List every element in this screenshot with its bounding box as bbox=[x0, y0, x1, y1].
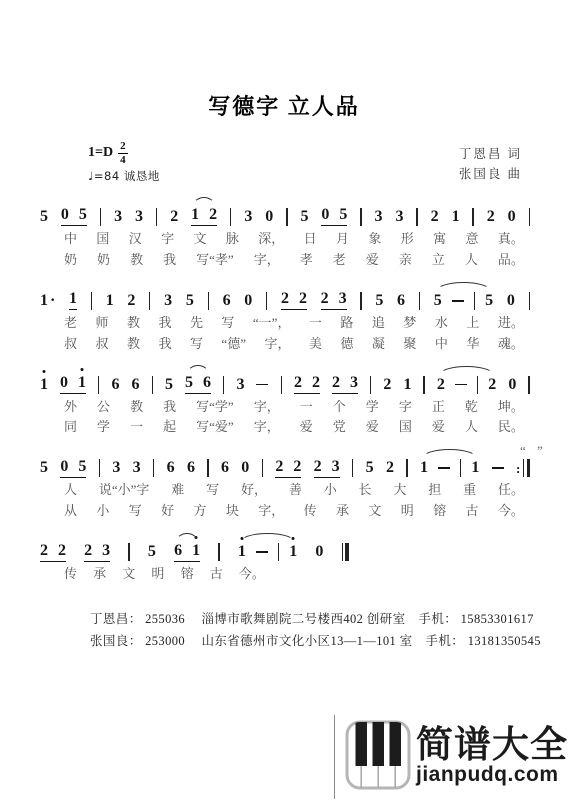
slur-group: 22 bbox=[437, 376, 496, 394]
key-signature: 1=D 2 4 bbox=[88, 141, 160, 166]
beam-group: 1 bbox=[69, 291, 77, 310]
lyric-syllable: 善 bbox=[289, 482, 302, 499]
dash-prolongation bbox=[452, 300, 464, 302]
lyric-syllable: 叔 bbox=[64, 336, 77, 353]
lyric-syllable: 中 bbox=[64, 231, 77, 248]
note: 6 bbox=[187, 460, 195, 476]
note: 0 bbox=[508, 209, 516, 225]
watermark-name: 简谱大全 bbox=[416, 727, 568, 762]
note: 3 bbox=[332, 459, 340, 475]
lyric-syllable: 字 bbox=[161, 231, 174, 248]
lyric-syllable: 教 bbox=[130, 252, 143, 269]
lyric-syllable: 古 bbox=[466, 503, 479, 520]
lyric-syllable: 明 bbox=[151, 566, 164, 583]
note: 5 bbox=[185, 375, 193, 391]
note: 1 bbox=[69, 291, 77, 307]
slur-arc bbox=[187, 365, 209, 374]
watermark-logo: 简谱大全 jianpudq.com bbox=[334, 714, 568, 800]
slur-group: 12 bbox=[191, 207, 217, 226]
lyric-syllable: 我 bbox=[163, 252, 176, 269]
note: 6 bbox=[167, 460, 175, 476]
lyric-syllable: 一 bbox=[309, 315, 322, 332]
note: 1 bbox=[289, 544, 297, 560]
lyrics-row: 老师教我先写“一”，一路追梦水上进。 bbox=[40, 315, 530, 332]
note: 3 bbox=[350, 375, 358, 391]
note: 2 bbox=[209, 207, 217, 223]
lyric-syllable: 传 bbox=[64, 566, 77, 583]
beam-group: 23 bbox=[314, 459, 340, 478]
lyric-syllable: 文 bbox=[122, 566, 135, 583]
lyrics-row: 奶奶教我写“孝”字，孝老爱亲立人品。 bbox=[40, 252, 530, 269]
lyric-syllable: 美 bbox=[309, 336, 322, 353]
slur-arc bbox=[439, 366, 494, 375]
thick-barline bbox=[527, 459, 530, 477]
note: 0 bbox=[60, 459, 68, 475]
lyric-syllable: 字， bbox=[258, 503, 284, 520]
notes-row: 11123560222356550 bbox=[40, 278, 530, 311]
barline bbox=[91, 292, 92, 310]
lyric-syllable: 古 bbox=[210, 566, 223, 583]
key-and-tempo-block: 1=D 2 4 ♩=84 诚恳地 bbox=[88, 141, 160, 184]
barline bbox=[529, 292, 530, 310]
lyric-syllable: 一 bbox=[130, 419, 143, 436]
lyric-syllable: 品。 bbox=[498, 252, 524, 269]
lyric-syllable: 人 bbox=[465, 419, 478, 436]
note: 3 bbox=[339, 291, 347, 307]
lyric-syllable: 好， bbox=[241, 482, 267, 499]
note: 2 bbox=[383, 377, 391, 393]
note: 1 bbox=[403, 377, 411, 393]
lyric-syllable: 人 bbox=[465, 252, 478, 269]
notes-row: 5053321230505332120 bbox=[40, 194, 530, 227]
piano-keys-icon bbox=[345, 720, 411, 795]
score-line: 50533666022235211:人说“小”字难写好，善小长大担重任。从小写好… bbox=[40, 445, 530, 520]
slur-group: 55 bbox=[434, 292, 493, 310]
contact-line-2: 张国良： 253000 山东省德州市文化小区13—1—101 室 手机： 131… bbox=[90, 631, 568, 653]
lyric-syllable: 先 bbox=[190, 315, 203, 332]
note: 3 bbox=[375, 209, 383, 225]
lyric-syllable: 字 bbox=[399, 399, 412, 416]
lyric-syllable: 爱 bbox=[432, 419, 445, 436]
lyric-syllable: 方 bbox=[194, 503, 207, 520]
note: 1 bbox=[78, 375, 86, 391]
lyric-syllable: 写 bbox=[129, 503, 142, 520]
note: 0 bbox=[244, 293, 252, 309]
note: 1 bbox=[191, 207, 199, 223]
note: 5 bbox=[375, 293, 383, 309]
lyric-syllable: 中 bbox=[435, 336, 448, 353]
lyric-syllable: 魂。 bbox=[498, 336, 524, 353]
note: 6 bbox=[223, 293, 231, 309]
note: 3 bbox=[114, 209, 122, 225]
note: 2 bbox=[312, 375, 320, 391]
time-signature-denominator: 4 bbox=[120, 154, 126, 166]
lyric-syllable: 爱 bbox=[366, 419, 379, 436]
barline bbox=[352, 459, 353, 477]
beam-group: 56 bbox=[185, 375, 211, 394]
lyric-syllable: 文 bbox=[368, 503, 381, 520]
lyric-syllable: 象 bbox=[368, 231, 381, 248]
lyric-syllable: 从 bbox=[64, 503, 77, 520]
note: 3 bbox=[164, 293, 172, 309]
lyric-syllable: 人 bbox=[64, 482, 77, 499]
lyric-syllable: 德 bbox=[340, 336, 353, 353]
lyric-syllable: 爱 bbox=[300, 419, 313, 436]
tempo-marking: ♩=84 诚恳地 bbox=[88, 169, 160, 184]
lyric-syllable: 我 bbox=[163, 399, 176, 416]
lyric-syllable: 文 bbox=[194, 231, 207, 248]
lyric-syllable: 月 bbox=[336, 231, 349, 248]
note: 2 bbox=[299, 291, 307, 307]
lyric-syllable: 今。 bbox=[239, 566, 265, 583]
note: 2 bbox=[293, 459, 301, 475]
lyric-syllable: 叔 bbox=[95, 336, 108, 353]
score-line: 2223561110传承文明镕古今。 bbox=[40, 529, 530, 583]
lyricist-credit: 丁恩昌 词 bbox=[459, 145, 522, 164]
barline bbox=[360, 292, 361, 310]
lyric-syllable: 承 bbox=[93, 566, 106, 583]
barline bbox=[128, 543, 129, 561]
key-label: 1=D bbox=[88, 144, 113, 162]
composer-credit: 张国良 曲 bbox=[459, 165, 522, 184]
barline bbox=[342, 543, 343, 561]
score-header: 1=D 2 4 ♩=84 诚恳地 丁恩昌 词 张国良 曲 bbox=[0, 141, 568, 184]
lyric-syllable: 师 bbox=[95, 315, 108, 332]
note: 5 bbox=[40, 209, 48, 225]
note: 6 bbox=[132, 377, 140, 393]
note: 5 bbox=[165, 377, 173, 393]
watermark-divider-line bbox=[334, 715, 335, 799]
note: 0 bbox=[60, 375, 68, 391]
lyric-syllable: 同 bbox=[64, 419, 77, 436]
note: 3 bbox=[133, 460, 141, 476]
barline bbox=[208, 292, 209, 310]
lyric-syllable: 爱 bbox=[366, 252, 379, 269]
time-signature-numerator: 2 bbox=[118, 141, 128, 154]
lyric-syllable: 传 bbox=[304, 503, 317, 520]
note: 2 bbox=[170, 209, 178, 225]
lyric-syllable: 字， bbox=[254, 399, 280, 416]
lyric-syllable: 外 bbox=[64, 399, 77, 416]
lyrics-row: 从小写好方块字，传承文明镕古今。 bbox=[40, 503, 530, 520]
lyric-syllable: 正 bbox=[432, 399, 445, 416]
barline bbox=[474, 292, 475, 310]
lyric-syllable: 任。 bbox=[498, 482, 524, 499]
lyric-syllable: 块 bbox=[226, 503, 239, 520]
note: 2 bbox=[314, 459, 322, 475]
note: 3 bbox=[244, 209, 252, 225]
lyric-syllable: 进。 bbox=[498, 315, 524, 332]
barline bbox=[100, 208, 101, 226]
final-barline bbox=[342, 543, 349, 561]
note: 1 bbox=[106, 293, 114, 309]
lyric-syllable: 写“学” bbox=[196, 399, 234, 416]
lyric-syllable: 凝 bbox=[372, 336, 385, 353]
lyric-syllable: 党 bbox=[333, 419, 346, 436]
note: 2 bbox=[40, 543, 48, 559]
lyric-syllable: 担 bbox=[428, 482, 441, 499]
barline bbox=[278, 543, 279, 561]
lyric-syllable: 写“孝” bbox=[196, 252, 234, 269]
slur-arc bbox=[193, 197, 215, 206]
lyric-syllable: 教 bbox=[130, 399, 143, 416]
beam-group: 22 bbox=[275, 459, 301, 478]
lyric-syllable: 追 bbox=[372, 315, 385, 332]
barline bbox=[529, 208, 530, 226]
barline bbox=[223, 376, 224, 394]
barline bbox=[460, 459, 461, 477]
lyrics-row: 中国汉字文脉深，日月象形寓意真。 bbox=[40, 231, 530, 248]
lyric-syllable: 写“爱” bbox=[196, 419, 234, 436]
credits-block: 丁恩昌 词 张国良 曲 bbox=[459, 145, 522, 184]
lyric-syllable: 坤。 bbox=[498, 399, 524, 416]
footer-contact: 丁恩昌： 255036 淄博市歌舞剧院二号楼西402 创研室 手机： 15853… bbox=[0, 609, 568, 653]
note: 3 bbox=[135, 209, 143, 225]
lyric-syllable: 公 bbox=[97, 399, 110, 416]
note: 5 bbox=[300, 209, 308, 225]
note: 5 bbox=[434, 293, 442, 309]
barline bbox=[152, 376, 153, 394]
lyric-syllable: “一”， bbox=[253, 315, 291, 332]
score-line: 11123560222356550老师教我先写“一”，一路追梦水上进。叔叔教我写… bbox=[40, 278, 530, 353]
note: 6 bbox=[397, 293, 405, 309]
lyric-syllable: 孝 bbox=[300, 252, 313, 269]
beam-group: 61 bbox=[174, 543, 200, 562]
note: 5 bbox=[79, 207, 87, 223]
note: 5 bbox=[339, 207, 347, 223]
note: 2 bbox=[437, 377, 445, 393]
lyric-syllable: 奶 bbox=[97, 252, 110, 269]
beam-group: 05 bbox=[321, 207, 347, 226]
lyric-syllable: 聚 bbox=[403, 336, 416, 353]
note: 2 bbox=[488, 377, 496, 393]
lyric-syllable: 学 bbox=[366, 399, 379, 416]
note: 2 bbox=[294, 375, 302, 391]
lyric-syllable: 长 bbox=[359, 482, 372, 499]
lyric-syllable: 小 bbox=[96, 503, 109, 520]
lyrics-row: 同学一起写“爱”字，爱党爱国爱人民。 bbox=[40, 419, 530, 436]
lyric-syllable: 立 bbox=[432, 252, 445, 269]
lyrics-row: 传承文明镕古今。 bbox=[40, 566, 271, 583]
note: 6 bbox=[174, 543, 182, 559]
note: 1 bbox=[471, 460, 479, 476]
note: 0 bbox=[61, 207, 69, 223]
note: 1 bbox=[452, 209, 460, 225]
beam-group: 01 bbox=[60, 375, 86, 394]
lyric-syllable: 上 bbox=[466, 315, 479, 332]
note: 1 bbox=[238, 544, 246, 560]
lyric-syllable: “德” bbox=[221, 336, 246, 353]
note: 5 bbox=[40, 460, 48, 476]
lyric-syllable: 意 bbox=[466, 231, 479, 248]
note: 5 bbox=[186, 293, 194, 309]
note: 2 bbox=[281, 291, 289, 307]
note: 3 bbox=[112, 460, 120, 476]
lyric-syllable: 深， bbox=[258, 231, 284, 248]
note: 2 bbox=[275, 459, 283, 475]
note: 5 bbox=[148, 544, 156, 560]
score-line: 5053321230505332120中国汉字文脉深，日月象形寓意真。奶奶教我写… bbox=[40, 194, 530, 269]
slur-group: 11 bbox=[420, 459, 479, 477]
lyric-syllable: 我 bbox=[158, 336, 171, 353]
note: 2 bbox=[332, 375, 340, 391]
lyrics-row: 人说“小”字难写好，善小长大担重任。 bbox=[40, 482, 530, 499]
note: 2 bbox=[431, 209, 439, 225]
note: 2 bbox=[487, 209, 495, 225]
lyric-syllable: 寓 bbox=[433, 231, 446, 248]
lyrics-row: 叔叔教我写“德”字，美德凝聚中华魂。 bbox=[40, 336, 530, 353]
note: 1 bbox=[192, 543, 200, 559]
barline bbox=[286, 208, 287, 226]
note: 6 bbox=[221, 460, 229, 476]
dash-prolongation bbox=[256, 551, 268, 553]
note: 0 bbox=[507, 293, 515, 309]
lyric-syllable: 形 bbox=[401, 231, 414, 248]
note: 5 bbox=[366, 460, 374, 476]
lyric-syllable: 路 bbox=[340, 315, 353, 332]
notes-row: 2223561110 bbox=[40, 529, 349, 562]
barline bbox=[406, 459, 407, 477]
watermark-text-block: 简谱大全 jianpudq.com bbox=[416, 727, 568, 786]
lyric-syllable: 写 bbox=[206, 482, 219, 499]
slur-arc bbox=[422, 449, 477, 458]
barline bbox=[360, 208, 361, 226]
contact-line-1: 丁恩昌： 255036 淄博市歌舞剧院二号楼西402 创研室 手机： 15853… bbox=[90, 609, 568, 631]
beam-group: 22 bbox=[294, 375, 320, 394]
lyric-syllable: 起 bbox=[163, 419, 176, 436]
lyric-syllable: 镕 bbox=[181, 566, 194, 583]
note: 2 bbox=[84, 543, 92, 559]
barline bbox=[419, 292, 420, 310]
beam-group: 12 bbox=[191, 207, 217, 226]
note: 5 bbox=[485, 293, 493, 309]
lyric-syllable: 重 bbox=[463, 482, 476, 499]
stray-quote-marks: “ ” bbox=[520, 443, 547, 459]
slur-arc bbox=[240, 533, 295, 542]
lyric-syllable: 字， bbox=[254, 252, 280, 269]
score-line: 101665563222321220外公教我写“学”字，一个学字正乾坤。同学一起… bbox=[40, 362, 530, 437]
note: 6 bbox=[111, 377, 119, 393]
note: 6 bbox=[203, 375, 211, 391]
barline bbox=[98, 376, 99, 394]
note: 0 bbox=[321, 207, 329, 223]
dash-prolongation bbox=[438, 467, 450, 469]
lyric-syllable: 字， bbox=[254, 419, 280, 436]
beam-group: 23 bbox=[332, 375, 358, 394]
barline bbox=[99, 459, 100, 477]
note: 2 bbox=[386, 460, 394, 476]
beam-group: 05 bbox=[60, 459, 86, 478]
beam-group: 05 bbox=[61, 207, 87, 226]
barline bbox=[370, 376, 371, 394]
beam-group: 22 bbox=[40, 543, 66, 562]
note: 2 bbox=[321, 291, 329, 307]
lyric-syllable: 今。 bbox=[498, 503, 524, 520]
lyric-syllable: 民。 bbox=[498, 419, 524, 436]
lyric-syllable: 日 bbox=[304, 231, 317, 248]
note: 3 bbox=[395, 209, 403, 225]
lyric-syllable: 老 bbox=[64, 315, 77, 332]
barline bbox=[423, 376, 424, 394]
lyric-syllable: 一 bbox=[300, 399, 313, 416]
note: 2 bbox=[127, 293, 135, 309]
note: 3 bbox=[236, 377, 244, 393]
lyric-syllable: 写 bbox=[221, 315, 234, 332]
repeat-end-barline: : bbox=[516, 459, 530, 477]
note: 0 bbox=[315, 544, 323, 560]
lyrics-row: 外公教我写“学”字，一个学字正乾坤。 bbox=[40, 399, 530, 416]
score: 5053321230505332120中国汉字文脉深，日月象形寓意真。奶奶教我写… bbox=[0, 194, 568, 583]
lyric-syllable: 真。 bbox=[498, 231, 524, 248]
time-signature: 2 4 bbox=[118, 141, 128, 166]
lyric-syllable: 好 bbox=[161, 503, 174, 520]
slur-group: 11 bbox=[238, 543, 297, 561]
beam-group: 23 bbox=[84, 543, 110, 562]
lyric-syllable: 汉 bbox=[129, 231, 142, 248]
barline bbox=[153, 459, 154, 477]
watermark-domain: jianpudq.com bbox=[416, 763, 568, 787]
note: 2 bbox=[58, 543, 66, 559]
note: 1 bbox=[40, 293, 55, 309]
lyric-syllable: 学 bbox=[97, 419, 110, 436]
lyric-syllable: 难 bbox=[171, 482, 184, 499]
note: 3 bbox=[102, 543, 110, 559]
lyric-syllable: 写 bbox=[190, 336, 203, 353]
lyric-syllable: 老 bbox=[333, 252, 346, 269]
notes-row: 50533666022235211: bbox=[40, 445, 530, 478]
lyric-syllable: 我 bbox=[158, 315, 171, 332]
lyric-syllable: 亲 bbox=[399, 252, 412, 269]
lyric-syllable: 说“小”字 bbox=[99, 482, 150, 499]
barline bbox=[156, 208, 157, 226]
lyric-syllable: 教 bbox=[127, 336, 140, 353]
lyric-syllable: 华 bbox=[466, 336, 479, 353]
barline bbox=[523, 459, 524, 477]
lyric-syllable: 梦 bbox=[403, 315, 416, 332]
lyric-syllable: 字， bbox=[264, 336, 290, 353]
barline bbox=[472, 208, 473, 226]
dash-prolongation bbox=[256, 384, 268, 386]
page-title: 写德字 立人品 bbox=[0, 90, 568, 121]
barline bbox=[207, 459, 208, 477]
note: 1 bbox=[40, 377, 48, 393]
note: 0 bbox=[265, 209, 273, 225]
lyric-syllable: 脉 bbox=[226, 231, 239, 248]
slur-group: 56 bbox=[185, 375, 211, 394]
lyric-syllable: 明 bbox=[401, 503, 414, 520]
slur-arc bbox=[436, 282, 491, 291]
lyric-syllable: 镕 bbox=[433, 503, 446, 520]
note: 0 bbox=[241, 460, 249, 476]
thick-barline bbox=[345, 543, 348, 561]
lyric-syllable: 个 bbox=[333, 399, 346, 416]
lyric-syllable: 奶 bbox=[64, 252, 77, 269]
barline bbox=[528, 376, 529, 394]
lyric-syllable: 大 bbox=[393, 482, 406, 499]
lyric-syllable: 教 bbox=[127, 315, 140, 332]
barline bbox=[230, 208, 231, 226]
barline bbox=[281, 376, 282, 394]
barline bbox=[477, 376, 478, 394]
lyric-syllable: 乾 bbox=[465, 399, 478, 416]
note: 5 bbox=[78, 459, 86, 475]
note: 0 bbox=[508, 377, 516, 393]
slur-group: 61 bbox=[174, 543, 200, 562]
dash-prolongation bbox=[455, 384, 467, 386]
note: 1 bbox=[420, 460, 428, 476]
notes-row: 101665563222321220 bbox=[40, 362, 530, 395]
lyric-syllable: 国 bbox=[96, 231, 109, 248]
